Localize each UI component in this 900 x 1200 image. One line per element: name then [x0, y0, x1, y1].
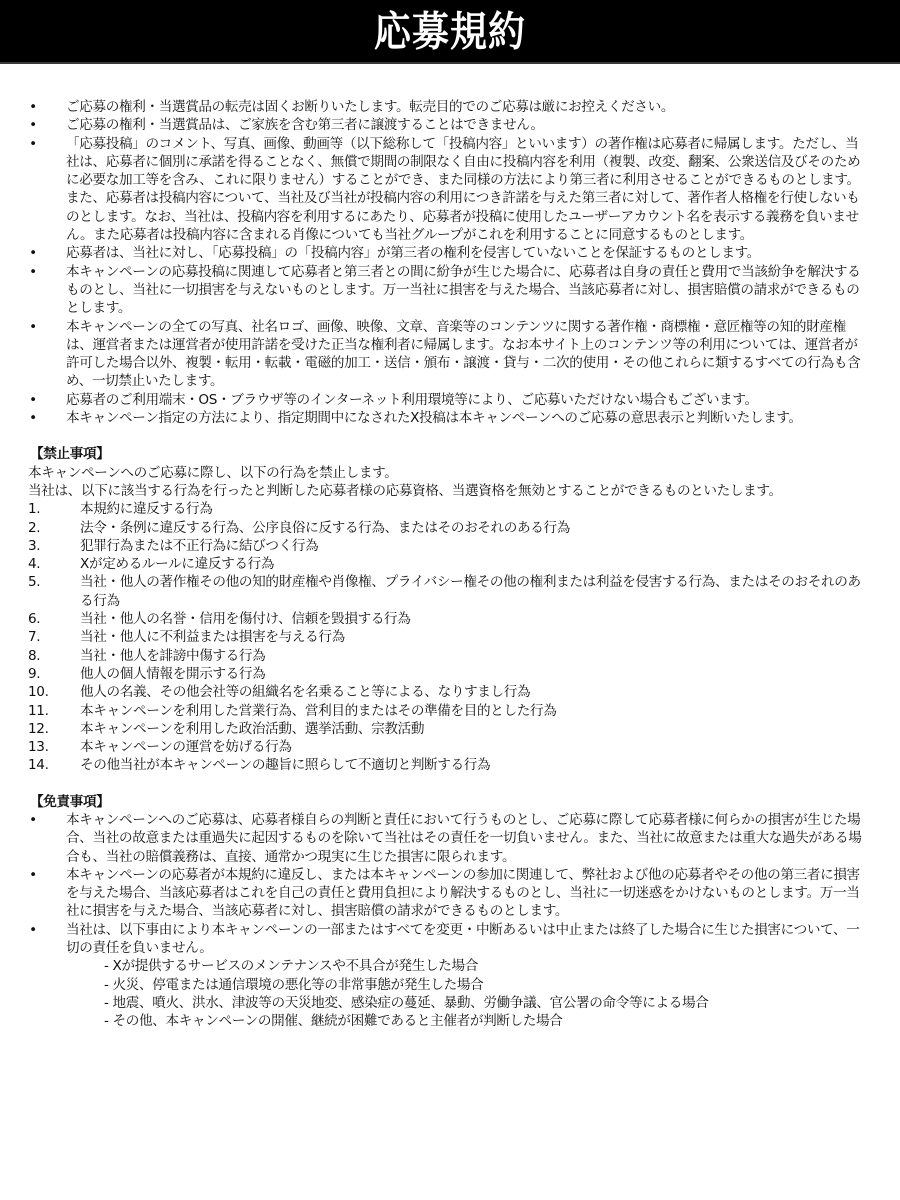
- item-text: 他人の個人情報を開示する行為: [80, 666, 265, 682]
- bullet-icon: •: [28, 263, 38, 281]
- list-item: 7.当社・他人に不利益または損害を与える行為: [28, 628, 870, 646]
- list-item: 4.Xが定めるルールに違反する行為: [28, 555, 870, 573]
- item-text: 他人の名義、その他会社等の組織名を名乗ること等による、なりすまし行為: [80, 684, 530, 700]
- sub-item: - 火災、停電または通信環境の悪化等の非常事態が発生した場合: [66, 976, 900, 994]
- item-text: 本規約に違反する行為: [80, 501, 212, 517]
- list-item: •ご応募の権利・当選賞品の転売は固くお断りいたします。転売目的でのご応募は厳にお…: [28, 98, 866, 116]
- term-text: ご応募の権利・当選賞品の転売は固くお断りいたします。転売目的でのご応募は厳にお控…: [66, 99, 674, 115]
- item-text: 当社・他人に不利益または損害を与える行為: [80, 629, 345, 645]
- bullet-icon: •: [28, 866, 38, 884]
- item-text: その他当社が本キャンペーンの趣旨に照らして不適切と判断する行為: [80, 757, 490, 773]
- disclaimer-text: 本キャンペーンへのご応募は、応募者様自らの判断と責任において行うものとし、ご応募…: [66, 812, 861, 865]
- list-item: 12.本キャンペーンを利用した政治活動、選挙活動、宗教活動: [28, 720, 870, 738]
- item-text: 本キャンペーンの運営を妨げる行為: [80, 739, 292, 755]
- bullet-icon: •: [28, 98, 38, 116]
- list-item: •本キャンペーンの全ての写真、社名ロゴ、画像、映像、文章、音楽等のコンテンツに関…: [28, 318, 866, 391]
- item-text: 当社・他人を誹謗中傷する行為: [80, 648, 265, 664]
- disclaimer-section-title: 【免責事項】: [28, 793, 900, 811]
- item-number: 6.: [28, 610, 40, 628]
- list-item: 1.本規約に違反する行為: [28, 500, 870, 518]
- list-item: 11.本キャンペーンを利用した営業行為、営利目的またはその準備を目的とした行為: [28, 702, 870, 720]
- bullet-icon: •: [28, 135, 38, 153]
- page-header: 応募規約: [0, 0, 900, 64]
- list-item: 8.当社・他人を誹謗中傷する行為: [28, 647, 870, 665]
- term-text: 本キャンペーンの全ての写真、社名ロゴ、画像、映像、文章、音楽等のコンテンツに関す…: [66, 319, 860, 390]
- item-number: 3.: [28, 537, 40, 555]
- item-number: 8.: [28, 647, 40, 665]
- item-number: 14.: [28, 756, 49, 774]
- term-text: ご応募の権利・当選賞品は、ご家族を含む第三者に譲渡することはできません。: [66, 117, 544, 133]
- list-item: •応募者は、当社に対し、「応募投稿」の「投稿内容」が第三者の権利を侵害していない…: [28, 244, 866, 262]
- item-text: 本キャンペーンを利用した政治活動、選挙活動、宗教活動: [80, 721, 424, 737]
- bullet-icon: •: [28, 409, 38, 427]
- item-text: 本キャンペーンを利用した営業行為、営利目的またはその準備を目的とした行為: [80, 703, 557, 719]
- prohibited-section-title: 【禁止事項】: [28, 445, 900, 463]
- term-text: 「応募投稿」のコメント、写真、画像、動画等（以下総称して「投稿内容」といいます）…: [66, 136, 860, 243]
- item-number: 7.: [28, 628, 40, 646]
- list-item: 3.犯罪行為または不正行為に結びつく行為: [28, 537, 870, 555]
- item-text: 当社・他人の著作権その他の知的財産権や肖像権、プライバシー権その他の権利または利…: [80, 574, 861, 608]
- term-text: 本キャンペーン指定の方法により、指定期間中になされたX投稿は本キャンペーンへのご…: [66, 410, 802, 426]
- list-item: •本キャンペーン指定の方法により、指定期間中になされたX投稿は本キャンペーンへの…: [28, 409, 866, 427]
- item-number: 13.: [28, 738, 49, 756]
- item-number: 4.: [28, 555, 40, 573]
- list-item: 9.他人の個人情報を開示する行為: [28, 665, 870, 683]
- bullet-icon: •: [28, 116, 38, 134]
- list-item: •本キャンペーンへのご応募は、応募者様自らの判断と責任において行うものとし、ご応…: [28, 811, 866, 866]
- disclaimer-list: •本キャンペーンへのご応募は、応募者様自らの判断と責任において行うものとし、ご応…: [28, 811, 900, 1031]
- list-item: 5.当社・他人の著作権その他の知的財産権や肖像権、プライバシー権その他の権利また…: [28, 573, 870, 610]
- item-number: 12.: [28, 720, 49, 738]
- bullet-icon: •: [28, 244, 38, 262]
- prohibited-intro: 本キャンペーンへのご応募に際し、以下の行為を禁止します。: [28, 464, 868, 482]
- term-text: 応募者のご利用端末・OS・ブラウザ等のインターネット利用環境等により、ご応募いた…: [66, 392, 758, 408]
- prohibited-intro: 当社は、以下に該当する行為を行ったと判断した応募者様の応募資格、当選資格を無効と…: [28, 482, 868, 500]
- list-item: •当社は、以下事由により本キャンペーンの一部またはすべてを変更・中断あるいは中止…: [28, 921, 866, 1031]
- disclaimer-text: 本キャンペーンの応募者が本規約に違反し、または本キャンペーンの参加に関連して、弊…: [66, 867, 860, 920]
- bullet-icon: •: [28, 921, 38, 939]
- disclaimer-text: 当社は、以下事由により本キャンペーンの一部またはすべてを変更・中断あるいは中止ま…: [66, 922, 860, 956]
- bullet-icon: •: [28, 318, 38, 336]
- list-item: •「応募投稿」のコメント、写真、画像、動画等（以下総称して「投稿内容」といいます…: [28, 135, 866, 245]
- item-number: 9.: [28, 665, 40, 683]
- sub-item: - その他、本キャンペーンの開催、継続が困難であると主催者が判断した場合: [66, 1012, 900, 1030]
- bullet-icon: •: [28, 391, 38, 409]
- item-number: 11.: [28, 702, 49, 720]
- item-number: 1.: [28, 500, 40, 518]
- list-item: •本キャンペーンの応募投稿に関連して応募者と第三者との間に紛争が生じた場合に、応…: [28, 263, 866, 318]
- disclaimer-sub-list: - Xが提供するサービスのメンテナンスや不具合が発生した場合 - 火災、停電また…: [66, 957, 866, 1030]
- item-number: 2.: [28, 519, 40, 537]
- sub-item: - 地震、噴火、洪水、津波等の天災地変、感染症の蔓延、暴動、労働争議、官公署の命…: [66, 994, 900, 1012]
- bullet-icon: •: [28, 811, 38, 829]
- terms-list: •ご応募の権利・当選賞品の転売は固くお断りいたします。転売目的でのご応募は厳にお…: [28, 98, 900, 427]
- terms-content: •ご応募の権利・当選賞品の転売は固くお断りいたします。転売目的でのご応募は厳にお…: [0, 64, 900, 1031]
- prohibited-list: 1.本規約に違反する行為 2.法令・条例に違反する行為、公序良俗に反する行為、ま…: [28, 500, 900, 774]
- list-item: 13.本キャンペーンの運営を妨げる行為: [28, 738, 870, 756]
- list-item: •応募者のご利用端末・OS・ブラウザ等のインターネット利用環境等により、ご応募い…: [28, 391, 866, 409]
- item-text: 法令・条例に違反する行為、公序良俗に反する行為、またはそのおそれのある行為: [80, 520, 570, 536]
- sub-item: - Xが提供するサービスのメンテナンスや不具合が発生した場合: [66, 957, 900, 975]
- item-text: 犯罪行為または不正行為に結びつく行為: [80, 538, 318, 554]
- item-number: 5.: [28, 573, 40, 591]
- list-item: 6.当社・他人の名誉・信用を傷付け、信頼を毀損する行為: [28, 610, 870, 628]
- list-item: 10.他人の名義、その他会社等の組織名を名乗ること等による、なりすまし行為: [28, 683, 870, 701]
- item-number: 10.: [28, 683, 49, 701]
- list-item: •ご応募の権利・当選賞品は、ご家族を含む第三者に譲渡することはできません。: [28, 116, 866, 134]
- item-text: Xが定めるルールに違反する行為: [80, 556, 274, 572]
- page-title: 応募規約: [374, 11, 526, 52]
- term-text: 本キャンペーンの応募投稿に関連して応募者と第三者との間に紛争が生じた場合に、応募…: [66, 264, 860, 317]
- term-text: 応募者は、当社に対し、「応募投稿」の「投稿内容」が第三者の権利を侵害していないこ…: [66, 245, 760, 261]
- item-text: 当社・他人の名誉・信用を傷付け、信頼を毀損する行為: [80, 611, 411, 627]
- list-item: •本キャンペーンの応募者が本規約に違反し、または本キャンペーンの参加に関連して、…: [28, 866, 866, 921]
- list-item: 14.その他当社が本キャンペーンの趣旨に照らして不適切と判断する行為: [28, 756, 870, 774]
- list-item: 2.法令・条例に違反する行為、公序良俗に反する行為、またはそのおそれのある行為: [28, 519, 870, 537]
